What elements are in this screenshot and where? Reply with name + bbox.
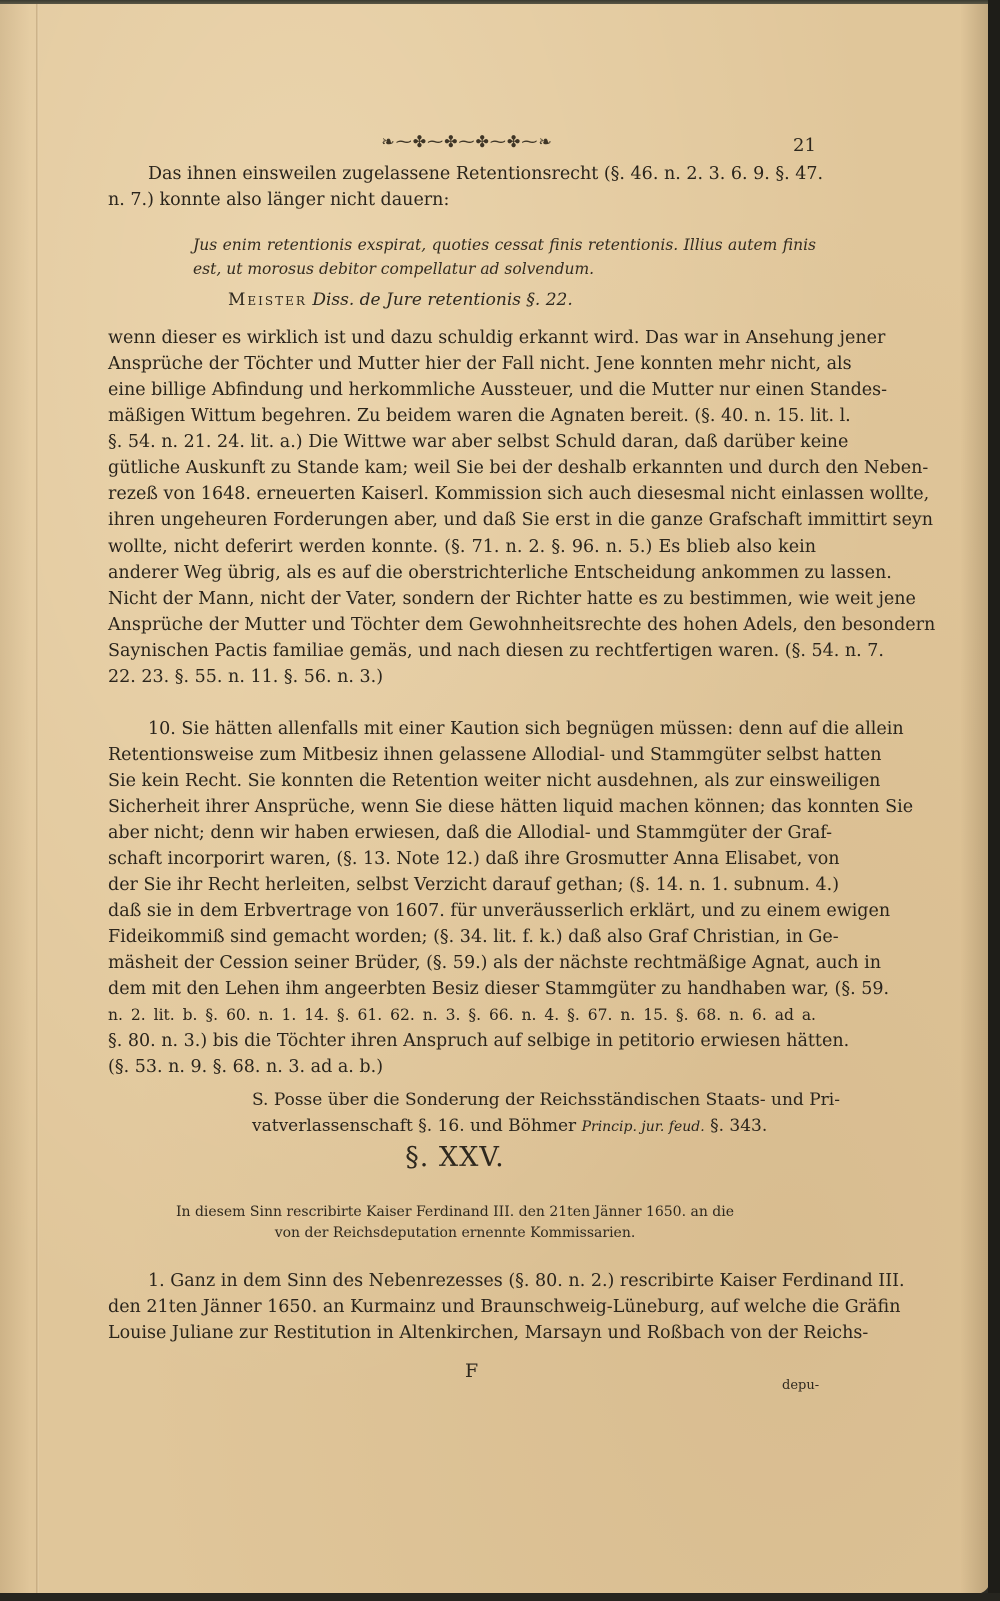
citation-work: Diss. de Jure retentionis §. 22. [312, 290, 572, 310]
para9-line: eine billige Abfindung und herkommliche … [108, 379, 816, 401]
reference-prefix: vatverlassenschaft §. 16. und Böhmer [252, 1116, 576, 1136]
citation-author: Meister [228, 290, 307, 310]
section-summary-line-1: In diesem Sinn rescribirte Kaiser Ferdin… [0, 1204, 910, 1220]
para10-line: Fideikommiß sind gemacht worden; (§. 34.… [108, 926, 816, 948]
page-gutter-fold [36, 4, 39, 1594]
para9-line: wenn dieser es wirklich ist und dazu sch… [108, 327, 816, 349]
reference-italic-title: Princip. jur. feud. [582, 1119, 705, 1135]
para10-line: §. 80. n. 3.) bis die Töchter ihren Ansp… [108, 1030, 816, 1052]
latin-quote-line-2: est, ut morosus debitor compellatur ad s… [193, 260, 816, 278]
para10-line: der Sie ihr Recht herleiten, selbst Verz… [108, 874, 816, 896]
section-heading: §. XXV. [0, 1142, 910, 1173]
catchword: depu- [782, 1378, 819, 1393]
para9-line: Ansprüche der Töchter und Mutter hier de… [108, 353, 816, 375]
section-para1-line: den 21ten Jänner 1650. an Kurmainz und B… [108, 1296, 816, 1318]
section-para1-line: Louise Juliane zur Restitution in Altenk… [108, 1322, 816, 1344]
reference-line-2: vatverlassenschaft §. 16. und Böhmer Pri… [252, 1116, 815, 1136]
para10-line: schaft incorporirt waren, (§. 13. Note 1… [108, 848, 816, 870]
para9-line: anderer Weg übrig, als es auf die oberst… [108, 562, 816, 584]
para10-line: n. 2. lit. b. §. 60. n. 1. 14. §. 61. 62… [108, 1004, 816, 1026]
intro-line-2: n. 7.) konnte also länger nicht dauern: [108, 189, 816, 211]
para10-line: aber nicht; denn wir haben erwiesen, daß… [108, 822, 816, 844]
para9-line: mäßigen Wittum begehren. Zu beidem waren… [108, 405, 816, 427]
para10-line: Sicherheit ihrer Ansprüche, wenn Sie die… [108, 796, 816, 818]
latin-quote-line-1: Jus enim retentionis exspirat, quoties c… [193, 236, 816, 254]
para9-line: ihren ungeheuren Forderungen aber, und d… [108, 509, 816, 531]
latin-quote-citation: Meister Diss. de Jure retentionis §. 22. [228, 290, 573, 310]
scan-edge-right [988, 0, 1000, 1601]
para10-line: dem mit den Lehen ihm angeerbten Besiz d… [108, 978, 816, 1000]
para9-line: gütliche Auskunft zu Stande kam; weil Si… [108, 457, 816, 479]
para10-line: Sie kein Recht. Sie konnten die Retentio… [108, 770, 816, 792]
para10-line: daß sie in dem Erbvertrage von 1607. für… [108, 900, 816, 922]
para10-line: 10. Sie hätten allenfalls mit einer Kaut… [148, 718, 816, 740]
para9-line: Saynischen Pactis familiae gemäs, und na… [108, 640, 816, 662]
scan-edge-bottom [0, 1593, 1000, 1601]
reference-line-1: S. Posse über die Sonderung der Reichsst… [252, 1090, 815, 1110]
para9-line: Nicht der Mann, nicht der Vater, sondern… [108, 588, 816, 610]
printer-signature-mark: F [465, 1360, 478, 1382]
intro-line-1: Das ihnen einsweilen zugelassene Retenti… [148, 163, 816, 185]
para9-line: rezeß von 1648. erneuerten Kaiserl. Komm… [108, 483, 816, 505]
para9-line: Ansprüche der Mutter und Töchter dem Gew… [108, 614, 816, 636]
para10-line: mäsheit der Cession seiner Brüder, (§. 5… [108, 952, 816, 974]
page-number: 21 [793, 135, 816, 156]
para9-line: §. 54. n. 21. 24. lit. a.) Die Wittwe wa… [108, 431, 816, 453]
section-summary-line-2: von der Reichsdeputation ernennte Kommis… [0, 1225, 910, 1241]
para10-line: Retentionsweise zum Mitbesiz ihnen gelas… [108, 744, 816, 766]
para10-line: (§. 53. n. 9. §. 68. n. 3. ad a. b.) [108, 1056, 816, 1078]
para9-line: wollte, nicht deferirt werden konnte. (§… [108, 536, 816, 558]
section-para1-line: 1. Ganz in dem Sinn des Nebenrezesses (§… [148, 1270, 816, 1292]
header-ornament-icon: ❧⁓✤⁓✤⁓✤⁓✤⁓❧ [372, 130, 562, 152]
para9-line: 22. 23. §. 55. n. 11. §. 56. n. 3.) [108, 666, 816, 688]
reference-suffix: §. 343. [710, 1116, 767, 1136]
